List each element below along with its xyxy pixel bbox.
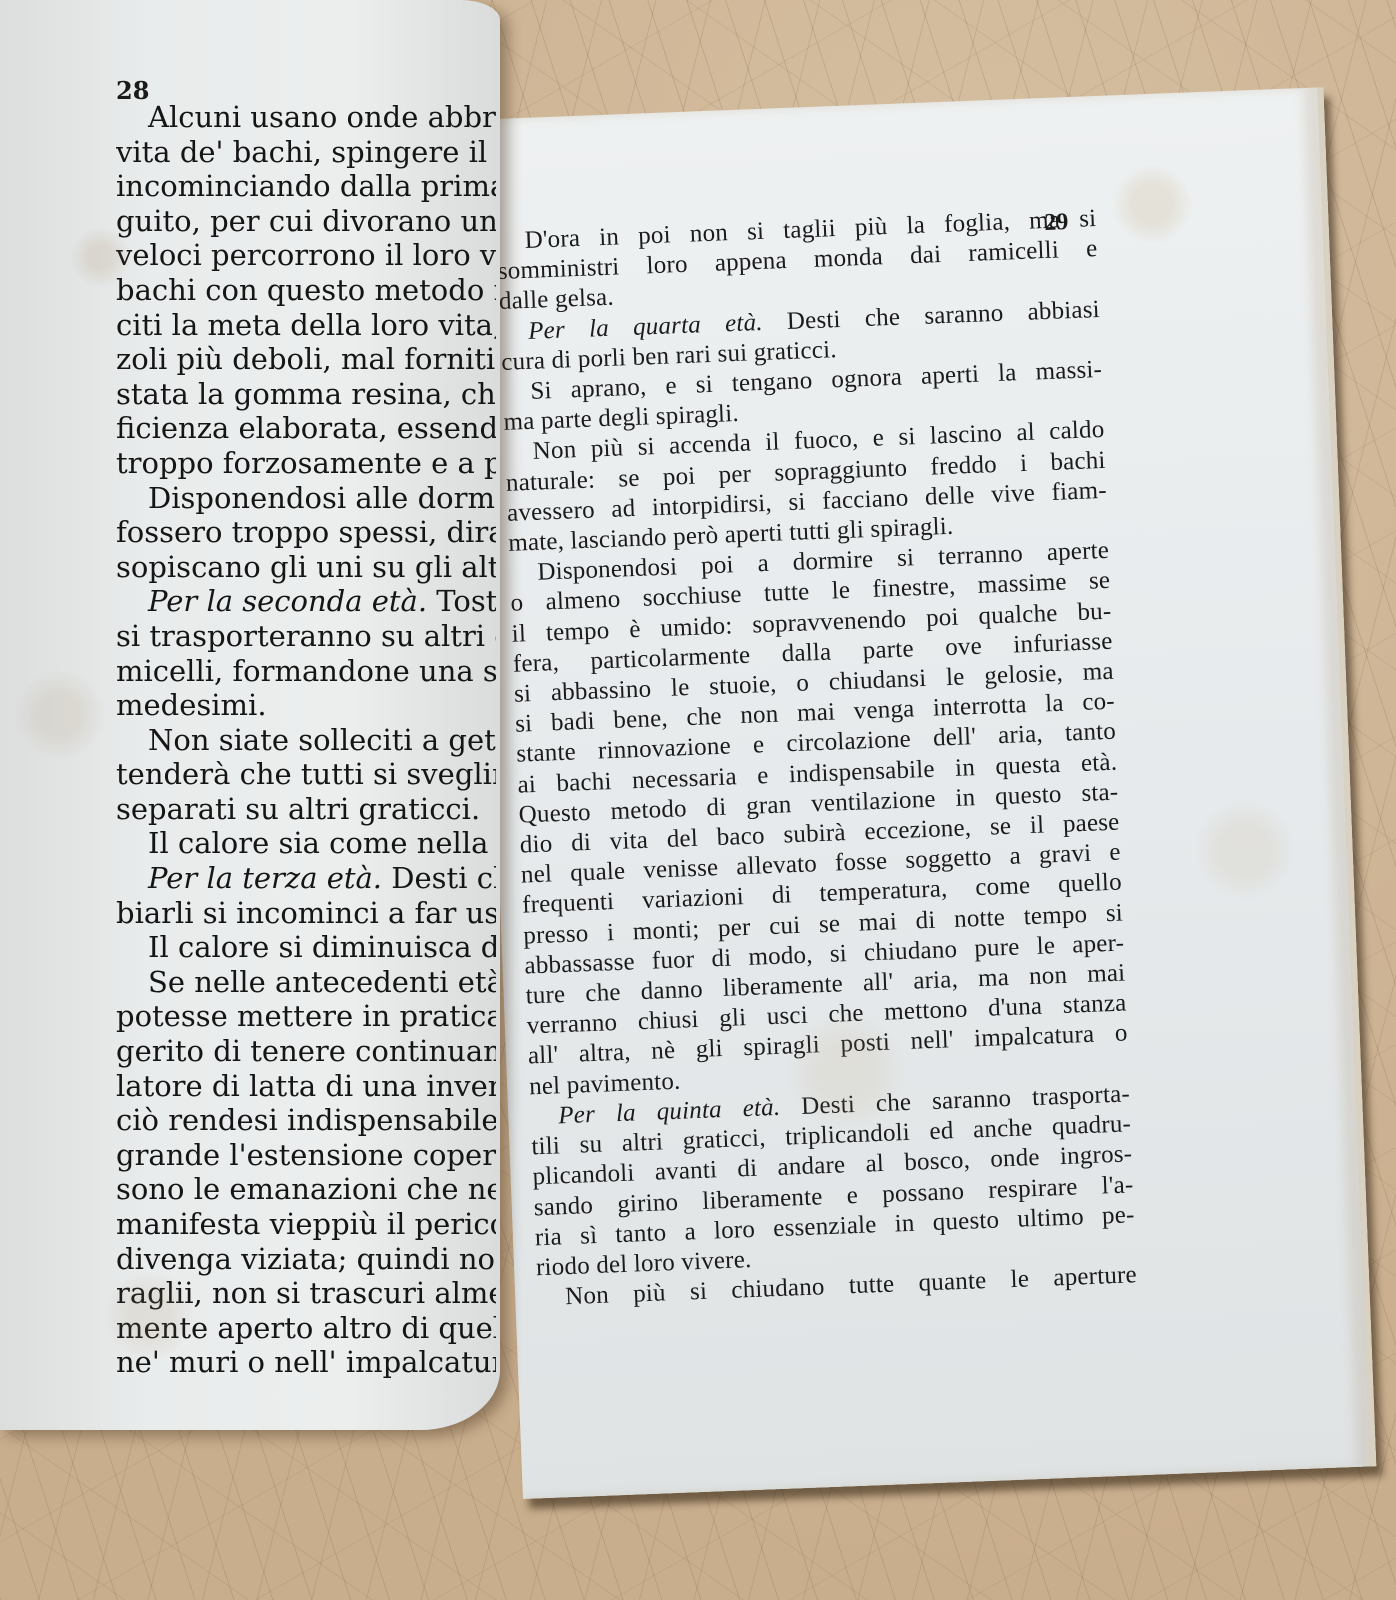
text-line: Alcuni usano onde abbrevia <box>116 100 496 135</box>
text-line: Per la seconda età. Tosto che <box>116 584 496 619</box>
text-line: stata la gomma resina, che ne <box>116 377 496 412</box>
right-book-page: 29 D'ora in poi non si taglii più la fog… <box>470 87 1376 1499</box>
text-line: Disponendosi alle dormite <box>116 481 496 516</box>
text-line: gerito di tenere continuamen <box>116 1034 496 1069</box>
text-line: latore di latta di una inven <box>116 1069 496 1104</box>
text-line: Il calore si diminuisca di <box>116 930 496 965</box>
text-line: grande l'estensione coperta d <box>116 1138 496 1173</box>
text-line: incominciando dalla prima età <box>116 169 496 204</box>
text-line: potesse mettere in pratica il <box>116 999 496 1034</box>
text-line: troppo forzosamente e a prec <box>116 446 496 481</box>
photo-scene: 29 D'ora in poi non si taglii più la fog… <box>0 0 1396 1600</box>
text-line: separati su altri graticci. <box>116 792 496 827</box>
text-line: micelli, formandone una sola <box>116 654 496 689</box>
text-line: Per la terza età. Desti che <box>116 861 496 896</box>
left-page-text: Alcuni usano onde abbreviavita de' bachi… <box>116 100 496 1380</box>
text-line: si trasporteranno su altri grat <box>116 619 496 654</box>
text-line: sono le emanazioni che ne tr <box>116 1172 496 1207</box>
text-line: Non siate solleciti a gettarl <box>116 723 496 758</box>
text-line: Il calore sia come nella pri <box>116 826 496 861</box>
left-book-page-curled: 28 Alcuni usano onde abbreviavita de' ba… <box>0 0 500 1430</box>
text-line: veloci percorrono il loro viver <box>116 238 496 273</box>
text-line: divenga viziata; quindi non <box>116 1242 496 1277</box>
text-line: ne' muri o nell' impalcatura <box>116 1345 496 1380</box>
text-line: tenderà che tutti si sveglino, p <box>116 757 496 792</box>
text-line: ciò rendesi indispensabile, p <box>116 1103 496 1138</box>
text-line: ficienza elaborata, essendosi <box>116 411 496 446</box>
text-line: citi la meta della loro vita, ma <box>116 308 496 343</box>
text-line: Se nelle antecedenti età no <box>116 965 496 1000</box>
italic-heading: Per la terza età. <box>148 861 382 895</box>
text-line: sopiscano gli uni su gli altri. <box>116 550 496 585</box>
text-line: vita de' bachi, spingere il calore <box>116 135 496 170</box>
text-line: raglii, non si trascuri almen <box>116 1276 496 1311</box>
text-line: guito, per cui divorano una qu <box>116 204 496 239</box>
right-page-text: D'ora in poi non si taglii più la foglia… <box>496 204 1137 1314</box>
text-line: zoli più deboli, mal forniti di <box>116 342 496 377</box>
text-line: bachi con questo metodo rag <box>116 273 496 308</box>
text-line: mente aperto altro di quelli <box>116 1311 496 1346</box>
text-line: medesimi. <box>116 688 496 723</box>
text-line: manifesta vieppiù il pericolo <box>116 1207 496 1242</box>
text-line: biarli si incominci a far uso d <box>116 896 496 931</box>
italic-heading: Per la seconda età. <box>148 584 427 618</box>
text-line: fossero troppo spessi, dirada <box>116 515 496 550</box>
